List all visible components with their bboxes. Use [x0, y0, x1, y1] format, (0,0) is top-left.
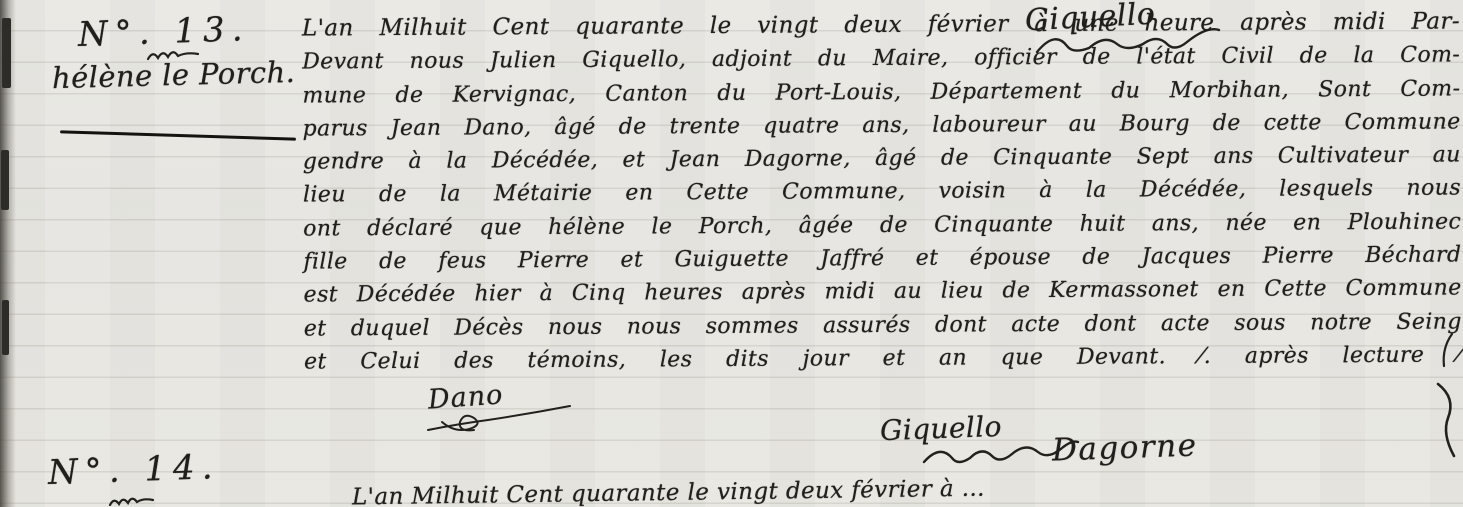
next-act-first-line: L'an Milhuit Cent quarante le vingt deux…: [352, 476, 985, 507]
body-line: et Celui des témoins, les dits jour et a…: [304, 338, 1462, 378]
margin-divider-line: [60, 130, 296, 140]
binding-mark: [2, 300, 9, 355]
underline-squiggle-icon: [108, 497, 158, 507]
record-number: N°. 13.: [77, 9, 250, 55]
binding-mark: [2, 18, 11, 88]
death-record-scan-page: N°. 13. hélène le Porch. Giquello L'an M…: [0, 0, 1463, 507]
next-record-number: N°. 14.: [47, 447, 220, 493]
signature-paraph-icon: [424, 400, 574, 436]
margin-slash-icon: [1436, 330, 1458, 370]
deceased-name-label: hélène le Porch.: [52, 55, 296, 95]
declarant-signature-dagorne: Dagorne: [1051, 427, 1198, 468]
margin-bracket-icon: [1430, 380, 1460, 460]
act-body-text: L'an Milhuit Cent quarante le vingt deux…: [302, 5, 1462, 378]
binding-mark: [1, 150, 9, 210]
